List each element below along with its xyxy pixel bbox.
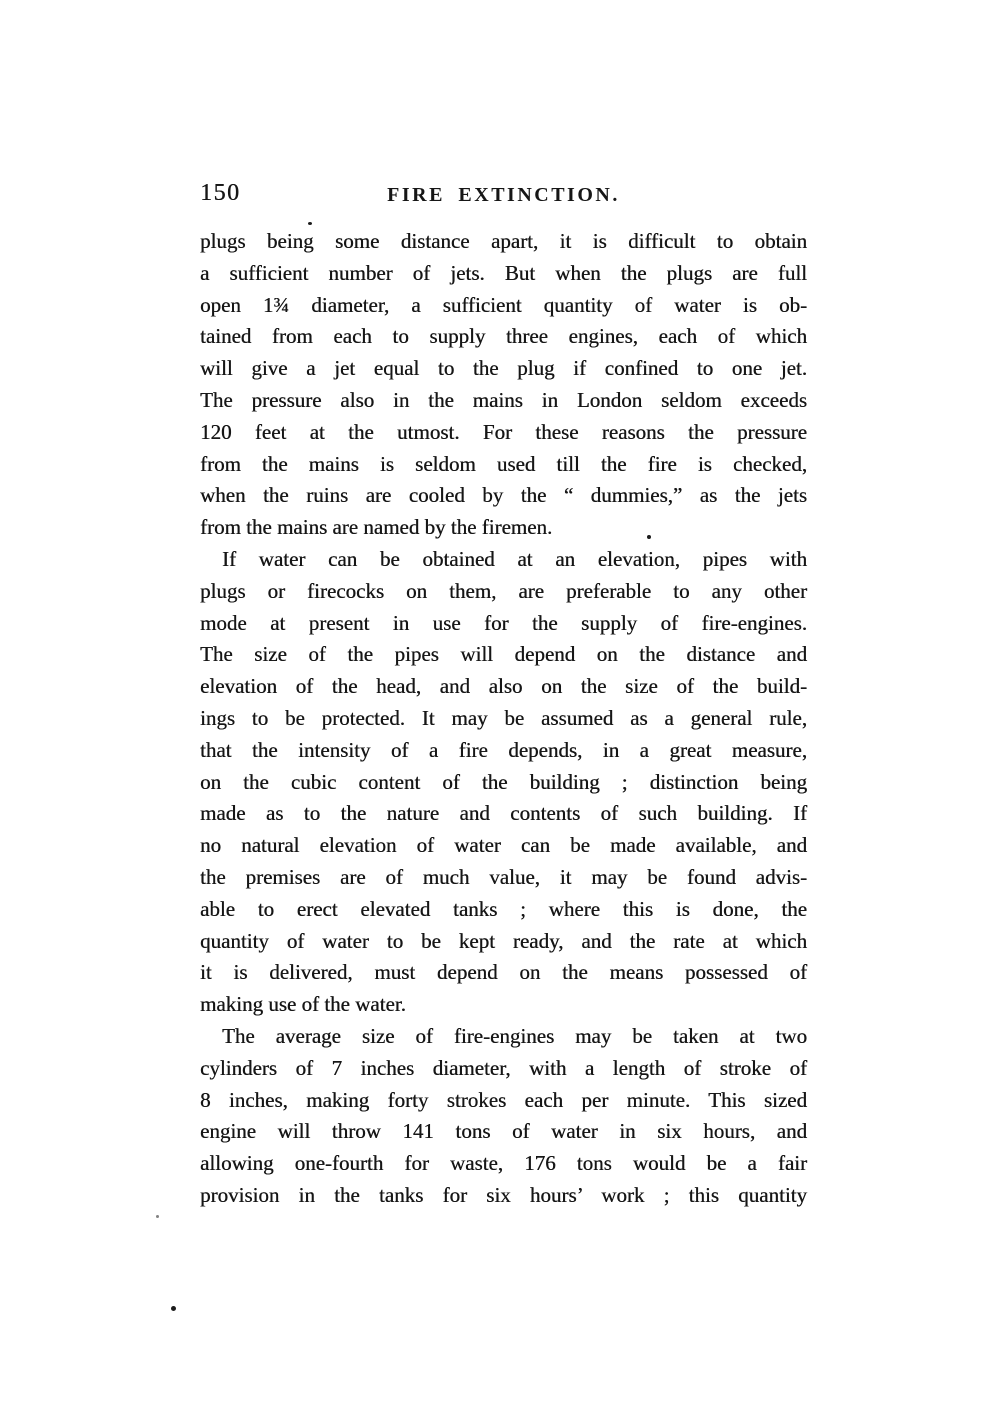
running-head-title: FIRE EXTINCTION.: [200, 181, 807, 207]
text-line: The size of the pipes will depend on the…: [200, 639, 807, 671]
text-line: 8 inches, making forty strokes each per …: [200, 1085, 807, 1117]
text-line: made as to the nature and contents of su…: [200, 798, 807, 830]
text-line: will give a jet equal to the plug if con…: [200, 353, 807, 385]
text-line: it is delivered, must depend on the mean…: [200, 957, 807, 989]
text-line: able to erect elevated tanks ; where thi…: [200, 894, 807, 926]
text-line: when the ruins are cooled by the “ dummi…: [200, 480, 807, 512]
text-line: from the mains is seldom used till the f…: [200, 449, 807, 481]
text-line: a sufficient number of jets. But when th…: [200, 258, 807, 290]
text-line: plugs being some distance apart, it is d…: [200, 226, 807, 258]
text-line: on the cubic content of the building ; d…: [200, 767, 807, 799]
text-line: no natural elevation of water can be mad…: [200, 830, 807, 862]
text-line: that the intensity of a fire depends, in…: [200, 735, 807, 767]
text-line: provision in the tanks for six hours’ wo…: [200, 1180, 807, 1212]
ink-speck: [308, 222, 312, 225]
text-line: making use of the water.: [200, 989, 807, 1021]
text-line: ings to be protected. It may be assumed …: [200, 703, 807, 735]
text-line: 120 feet at the utmost. For these reason…: [200, 417, 807, 449]
text-line: engine will throw 141 tons of water in s…: [200, 1116, 807, 1148]
text-line: plugs or firecocks on them, are preferab…: [200, 576, 807, 608]
text-line: open 1¾ diameter, a sufficient quantity …: [200, 290, 807, 322]
running-head: 150 FIRE EXTINCTION.: [200, 181, 807, 213]
text-line: cylinders of 7 inches diameter, with a l…: [200, 1053, 807, 1085]
text-line: from the mains are named by the firemen.: [200, 512, 807, 544]
body-text: plugs being some distance apart, it is d…: [200, 226, 807, 1212]
page-number: 150: [200, 180, 241, 207]
text-line: mode at present in use for the supply of…: [200, 608, 807, 640]
book-page: 150 FIRE EXTINCTION. plugs being some di…: [0, 0, 1005, 1408]
text-line: The average size of fire-engines may be …: [200, 1021, 807, 1053]
ink-speck: [171, 1306, 176, 1311]
text-line: quantity of water to be kept ready, and …: [200, 926, 807, 958]
ink-speck: [647, 535, 651, 539]
text-line: The pressure also in the mains in London…: [200, 385, 807, 417]
text-line: allowing one-fourth for waste, 176 tons …: [200, 1148, 807, 1180]
text-line: the premises are of much value, it may b…: [200, 862, 807, 894]
ink-speck: [156, 1215, 159, 1218]
text-line: If water can be obtained at an elevation…: [200, 544, 807, 576]
text-line: tained from each to supply three engines…: [200, 321, 807, 353]
text-line: elevation of the head, and also on the s…: [200, 671, 807, 703]
